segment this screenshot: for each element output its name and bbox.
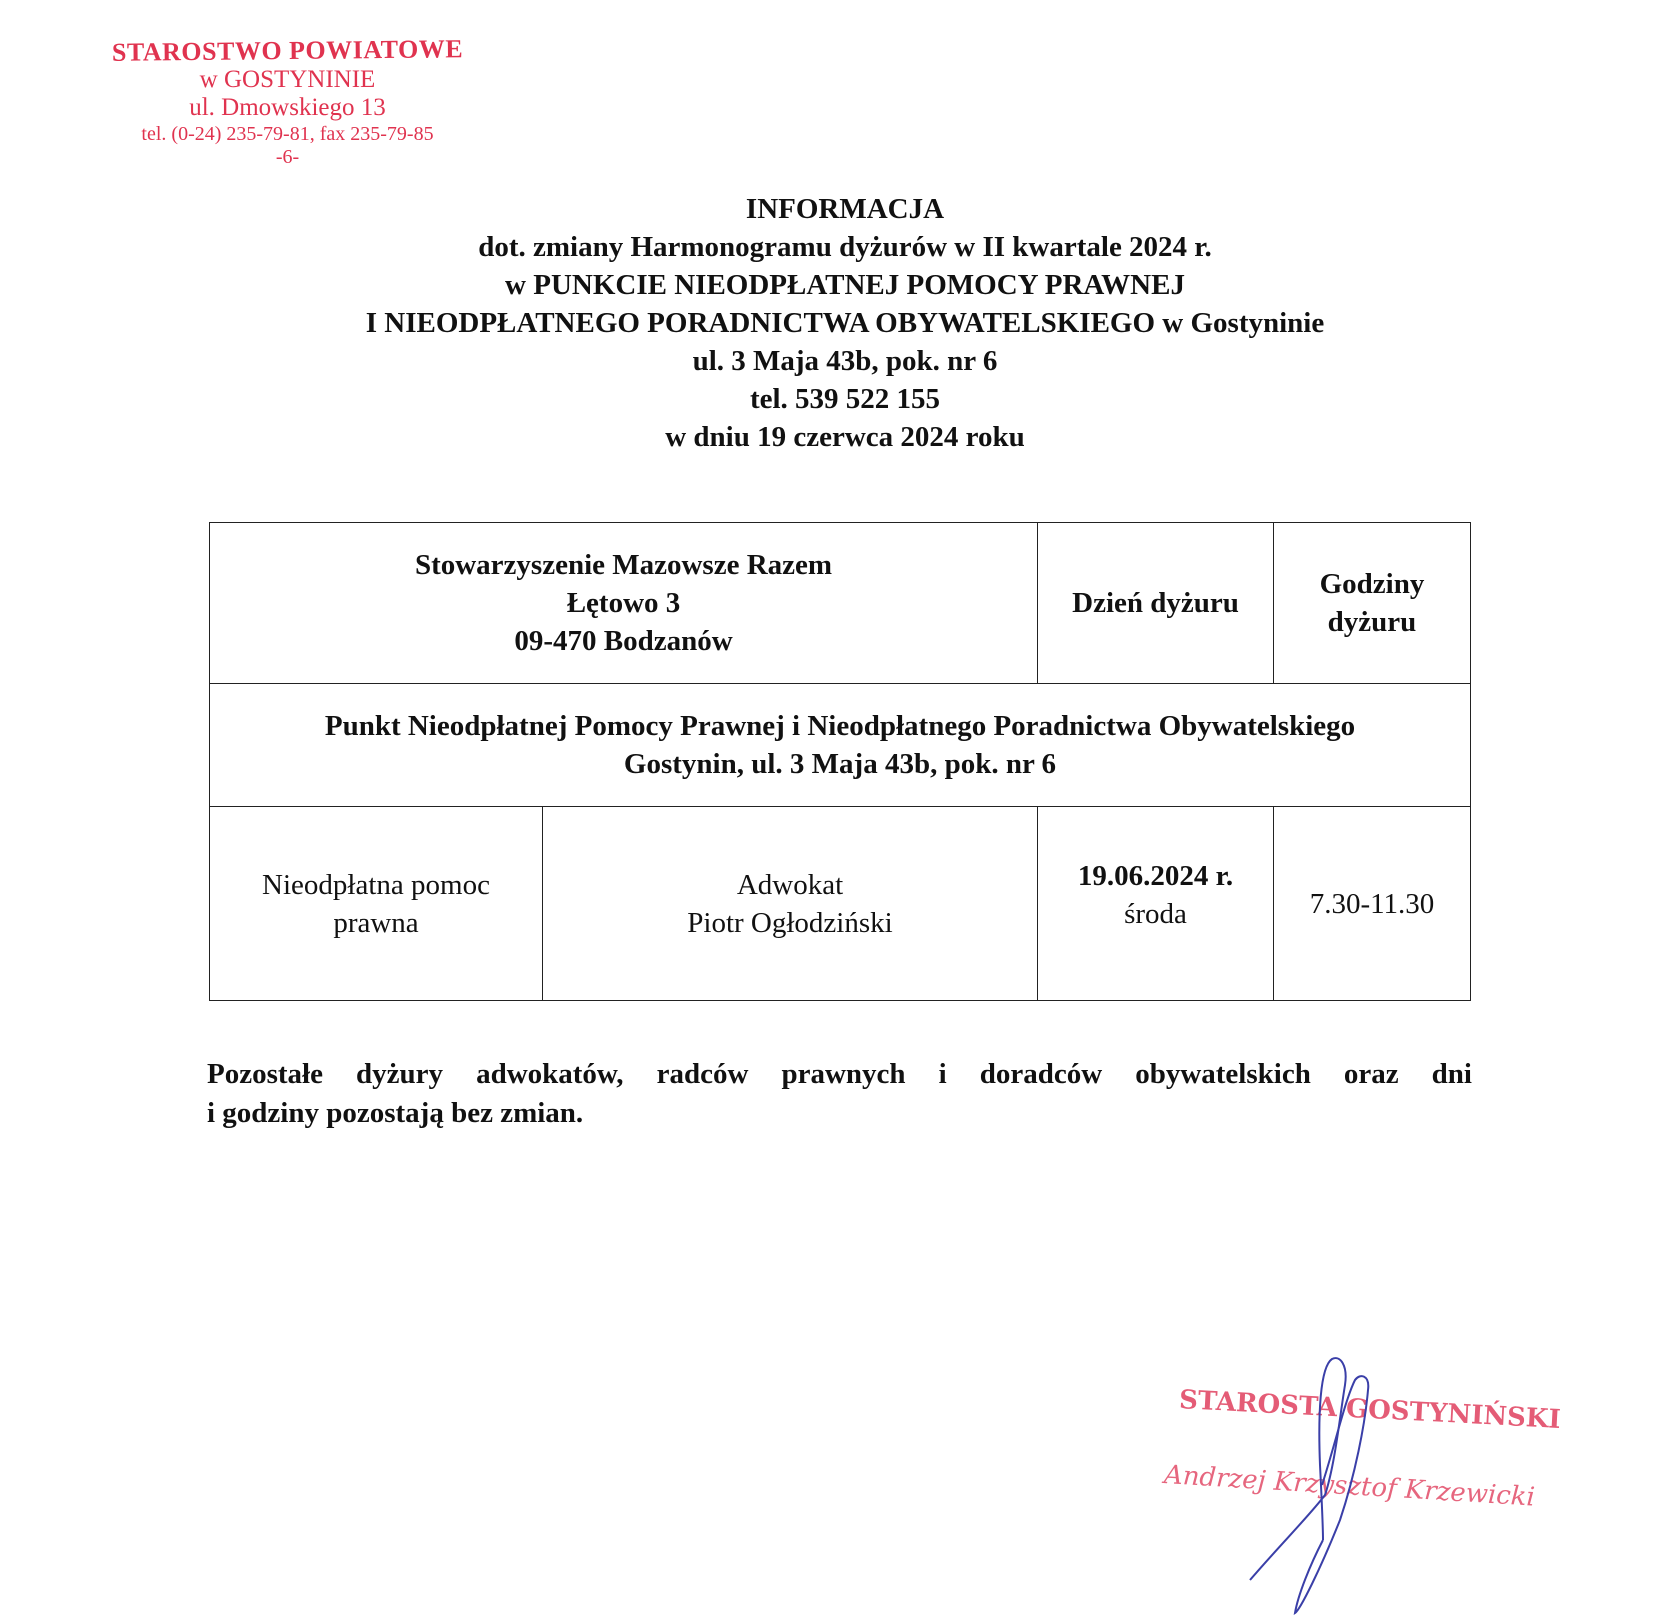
service-line1: Nieodpłatna pomoc (210, 866, 542, 904)
table-point-row: Punkt Nieodpłatnej Pomocy Prawnej i Nieo… (210, 684, 1471, 807)
title-date: w dniu 19 czerwca 2024 roku (200, 418, 1490, 456)
document-title: INFORMACJA dot. zmiany Harmonogramu dyżu… (200, 190, 1490, 456)
note-line2: i godziny pozostają bez zmian. (207, 1094, 1472, 1133)
note-paragraph: Pozostałe dyżury adwokatów, radców prawn… (207, 1055, 1472, 1133)
title-heading: INFORMACJA (200, 190, 1490, 228)
office-stamp: STAROSTWO POWIATOWE w GOSTYNINIE ul. Dmo… (95, 38, 480, 167)
person-name: Piotr Ogłodziński (543, 904, 1037, 942)
organization-city: 09-470 Bodzanów (210, 622, 1037, 660)
title-address: ul. 3 Maja 43b, pok. nr 6 (200, 342, 1490, 380)
title-phone: tel. 539 522 155 (200, 380, 1490, 418)
organization-name: Stowarzyszenie Mazowsze Razem (210, 546, 1037, 584)
point-name: Punkt Nieodpłatnej Pomocy Prawnej i Nieo… (210, 707, 1470, 745)
header-day: Dzień dyżuru (1038, 523, 1274, 684)
cell-person: Adwokat Piotr Ogłodziński (543, 807, 1038, 1001)
stamp-city: w GOSTYNINIE (95, 67, 480, 92)
cell-hours: 7.30-11.30 (1274, 807, 1471, 1001)
title-point-line1: w PUNKCIE NIEODPŁATNEJ POMOCY PRAWNEJ (200, 266, 1490, 304)
cell-date: 19.06.2024 r. środa (1038, 807, 1274, 1001)
cell-service: Nieodpłatna pomoc prawna (210, 807, 543, 1001)
table-row: Nieodpłatna pomoc prawna Adwokat Piotr O… (210, 807, 1471, 1001)
stamp-phone-fax: tel. (0-24) 235-79-81, fax 235-79-85 (95, 124, 480, 144)
stamp-office-name: STAROSTWO POWIATOWE (95, 36, 480, 66)
person-role: Adwokat (543, 866, 1037, 904)
service-line2: prawna (210, 904, 542, 942)
handwritten-signature-icon (1240, 1355, 1380, 1615)
title-subject: dot. zmiany Harmonogramu dyżurów w II kw… (200, 228, 1490, 266)
note-line1: Pozostałe dyżury adwokatów, radców prawn… (207, 1055, 1472, 1094)
organization-street: Łętowo 3 (210, 584, 1037, 622)
header-organization: Stowarzyszenie Mazowsze Razem Łętowo 3 0… (210, 523, 1038, 684)
stamp-street: ul. Dmowskiego 13 (95, 95, 480, 120)
stamp-number: -6- (95, 147, 480, 167)
point-cell: Punkt Nieodpłatnej Pomocy Prawnej i Nieo… (210, 684, 1471, 807)
header-hours: Godziny dyżuru (1274, 523, 1471, 684)
schedule-table: Stowarzyszenie Mazowsze Razem Łętowo 3 0… (209, 522, 1471, 1001)
duty-date: 19.06.2024 r. (1038, 857, 1273, 895)
duty-weekday: środa (1038, 895, 1273, 933)
title-point-line2: I NIEODPŁATNEGO PORADNICTWA OBYWATELSKIE… (200, 304, 1490, 342)
table-header-row: Stowarzyszenie Mazowsze Razem Łętowo 3 0… (210, 523, 1471, 684)
point-address: Gostynin, ul. 3 Maja 43b, pok. nr 6 (210, 745, 1470, 783)
header-hours-line1: Godziny (1274, 565, 1470, 603)
header-hours-line2: dyżuru (1274, 603, 1470, 641)
